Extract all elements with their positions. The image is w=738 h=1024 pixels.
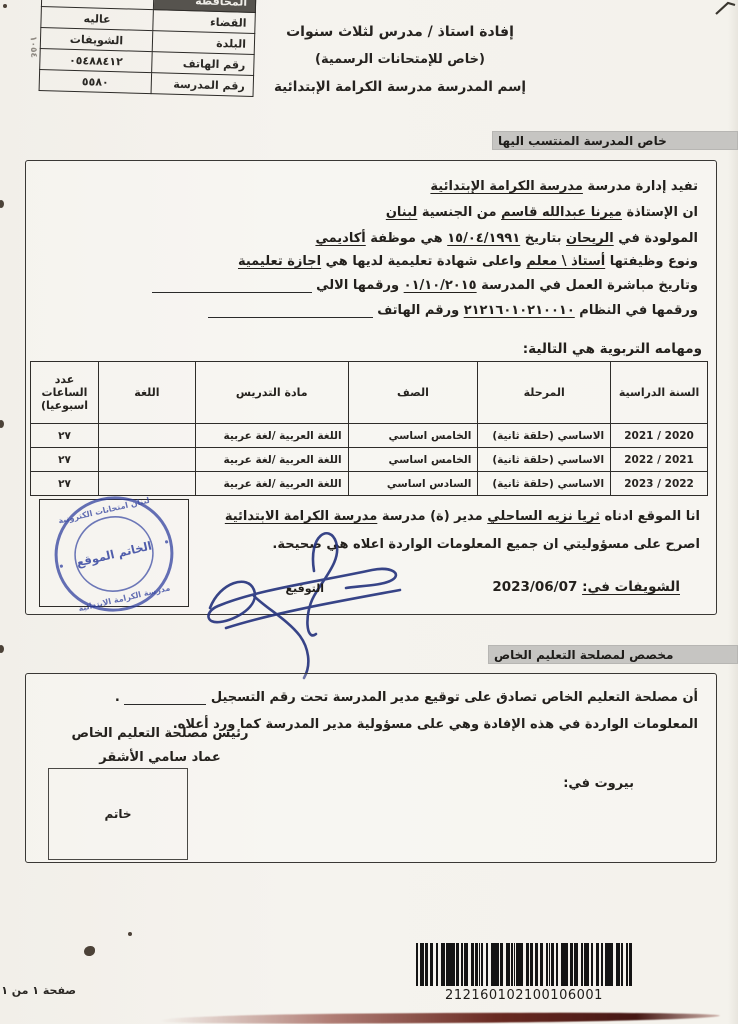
section-bar-school: خاص المدرسة المنتسب اليها	[492, 131, 738, 150]
info-label: رقم الهاتف	[152, 52, 255, 76]
cell-hours: ٢٧	[31, 424, 99, 448]
text: المولودة في	[614, 231, 698, 246]
document-subtitle: (خاص للإمتحانات الرسمية)	[255, 52, 545, 67]
section-bar-ministry: مخصص لمصلحة التعليم الخاص	[488, 645, 738, 664]
red-ink-smear	[160, 1011, 720, 1024]
stamp-center-text: الخاتم الموقع	[75, 539, 153, 571]
info-label: رقم المدرسة	[151, 73, 254, 97]
scan-speck	[0, 420, 4, 428]
text: ونوع وظيفتها	[605, 254, 698, 269]
place-label-underlined: الشويفات في:	[582, 579, 680, 595]
text: ان الإستاذة	[622, 205, 698, 220]
scanned-certificate-page: ١٠٥٤ المحافظة القضاء عاليه البلدة الشويف…	[0, 0, 738, 1024]
cell-subject: اللغة العربية /لغة عربية	[195, 472, 348, 496]
header-language: اللغة	[99, 362, 196, 424]
chief-title: رئيس مصلحة التعليم الخاص	[60, 726, 260, 741]
text: .	[115, 690, 120, 705]
header-year: السنة الدراسية	[611, 362, 708, 424]
text: ورقمها في النظام	[575, 303, 698, 318]
affidavit-line-6: ورقمها في النظام ٢١٢١٦٠١٠٢١٠٠١٠ ورقم اله…	[208, 303, 698, 318]
text: واعلى شهادة تعليمية لديها هي	[321, 254, 526, 269]
info-value: ٥٥٨٠	[39, 70, 152, 94]
document-title-block: إفادة استاذ / مدرس لثلاث سنوات (خاص للإم…	[255, 24, 545, 107]
birthplace-underlined: الريحان	[566, 231, 614, 246]
header-grade: الصف	[348, 362, 478, 424]
place-date-line: الشويفات في: 2023/06/07	[492, 579, 680, 595]
duties-row: 2021 / 2022 الاساسي (حلقة ثانية) الخامس …	[31, 448, 708, 472]
scan-speck	[0, 645, 4, 653]
affidavit-line-3: المولودة في الريحان بتاريخ ١٥/٠٤/١٩٩١ هي…	[315, 231, 698, 246]
text: تفيد إدارة مدرسة	[583, 179, 698, 194]
duties-row: 2020 / 2021 الاساسي (حلقة ثانية) الخامس …	[31, 424, 708, 448]
info-label: البلدة	[152, 31, 255, 55]
page-number: صفحة ١ من ١	[6, 984, 76, 997]
barcode	[416, 943, 632, 986]
cell-year: 2022 / 2023	[611, 472, 708, 496]
stamp-placeholder-label: خاتم	[104, 807, 131, 821]
barcode-number: 212160102100106001	[416, 988, 632, 1003]
job-title-underlined: أستاذ \ معلم	[526, 254, 605, 269]
cell-stage: الاساسي (حلقة ثانية)	[478, 448, 611, 472]
degree-underlined: اجازة تعليمية	[238, 254, 321, 269]
certificate-date: 2023/06/07	[492, 579, 577, 595]
text: بتاريخ	[520, 231, 566, 246]
scan-speck	[3, 4, 7, 8]
cell-subject: اللغة العربية /لغة عربية	[195, 424, 348, 448]
start-date-underlined: ٠١/١٠/٢٠١٥	[404, 278, 477, 293]
text: من الجنسية	[417, 205, 501, 220]
ministry-stamp-placeholder-box: خاتم	[48, 768, 188, 860]
beirut-date-label: بيروت في:	[563, 776, 634, 791]
duties-intro: ومهامه التربوية هي التالية:	[523, 341, 702, 357]
cell-hours: ٢٧	[31, 448, 99, 472]
cell-grade: الخامس اساسي	[348, 424, 478, 448]
system-number-underlined: ٢١٢١٦٠١٠٢١٠٠١٠	[464, 303, 575, 318]
cell-hours: ٢٧	[31, 472, 99, 496]
birthdate-underlined: ١٥/٠٤/١٩٩١	[447, 231, 520, 246]
teacher-name-underlined: ميرنا عبدالله قاسم	[501, 205, 622, 220]
cell-language	[99, 448, 196, 472]
affidavit-line-5: وتاريخ مباشرة العمل في المدرسة ٠١/١٠/٢٠١…	[152, 278, 698, 293]
school-info-table: المحافظة القضاء عاليه البلدة الشويفات رق…	[39, 0, 257, 97]
principal-name-underlined: ثريا نزيه الساحلي	[487, 509, 600, 524]
text: هي موظفة	[366, 231, 447, 246]
text: وتاريخ مباشرة العمل في المدرسة	[477, 278, 698, 293]
principal-signature-scribble: التوقيع	[196, 516, 426, 686]
text: أن مصلحة التعليم الخاص تصادق على توقيع م…	[206, 690, 698, 705]
text: ورقمها الالي	[312, 278, 404, 293]
cell-grade: الخامس اساسي	[348, 448, 478, 472]
cell-year: 2020 / 2021	[611, 424, 708, 448]
school-name-line: إسم المدرسة مدرسة الكرامة الإبتدائية	[255, 79, 545, 95]
chief-name: عماد سامي الأشقر	[60, 750, 260, 765]
certification-line-1: أن مصلحة التعليم الخاص تصادق على توقيع م…	[115, 690, 698, 705]
cell-grade: السادس اساسي	[348, 472, 478, 496]
auto-number-blank	[152, 281, 312, 293]
info-label: القضاء	[153, 10, 256, 34]
nationality-underlined: لبنان	[386, 205, 417, 220]
text: انا الموقع ادناه	[600, 509, 700, 524]
cell-language	[99, 424, 196, 448]
electronic-seal-stamp: لبنان امتحانات الكترونية الخاتم الموقع م…	[38, 479, 191, 629]
cell-subject: اللغة العربية /لغة عربية	[195, 448, 348, 472]
school-section-box: تفيد إدارة مدرسة مدرسة الكرامة الإبتدائي…	[25, 160, 717, 615]
school-name-underlined: مدرسة الكرامة الإبتدائية	[430, 179, 583, 194]
cell-stage: الاساسي (حلقة ثانية)	[478, 472, 611, 496]
header-weekly-hours: عدد الساعات اسبوعيا)	[31, 362, 99, 424]
margin-handwritten-note: ١٠٥٤	[28, 36, 39, 58]
text: ورقم الهاتف	[373, 303, 464, 318]
affidavit-line-1: تفيد إدارة مدرسة مدرسة الكرامة الإبتدائي…	[430, 179, 698, 194]
duties-table: السنة الدراسية المرحلة الصف مادة التدريس…	[30, 361, 708, 496]
cell-stage: الاساسي (حلقة ثانية)	[478, 424, 611, 448]
registration-number-blank	[124, 693, 206, 705]
corner-scan-mark	[714, 0, 736, 16]
chief-signature-block: رئيس مصلحة التعليم الخاص عماد سامي الأشق…	[60, 726, 260, 765]
affidavit-line-4: ونوع وظيفتها أستاذ \ معلم واعلى شهادة تع…	[238, 254, 698, 269]
stamp-frame-box: لبنان امتحانات الكترونية الخاتم الموقع م…	[39, 499, 189, 607]
scan-speck	[0, 200, 4, 208]
signature-label: التوقيع	[286, 582, 325, 595]
ministry-section-box: أن مصلحة التعليم الخاص تصادق على توقيع م…	[25, 673, 717, 863]
employee-type-underlined: أكاديمي	[315, 231, 365, 246]
scan-speck	[128, 932, 132, 936]
duties-header-row: السنة الدراسية المرحلة الصف مادة التدريس…	[31, 362, 708, 424]
cell-year: 2021 / 2022	[611, 448, 708, 472]
header-subject: مادة التدريس	[195, 362, 348, 424]
document-title: إفادة استاذ / مدرس لثلاث سنوات	[255, 24, 545, 40]
affidavit-line-2: ان الإستاذة ميرنا عبدالله قاسم من الجنسي…	[386, 205, 698, 220]
header-stage: المرحلة	[478, 362, 611, 424]
phone-blank	[208, 306, 373, 318]
ink-blot	[84, 946, 95, 956]
